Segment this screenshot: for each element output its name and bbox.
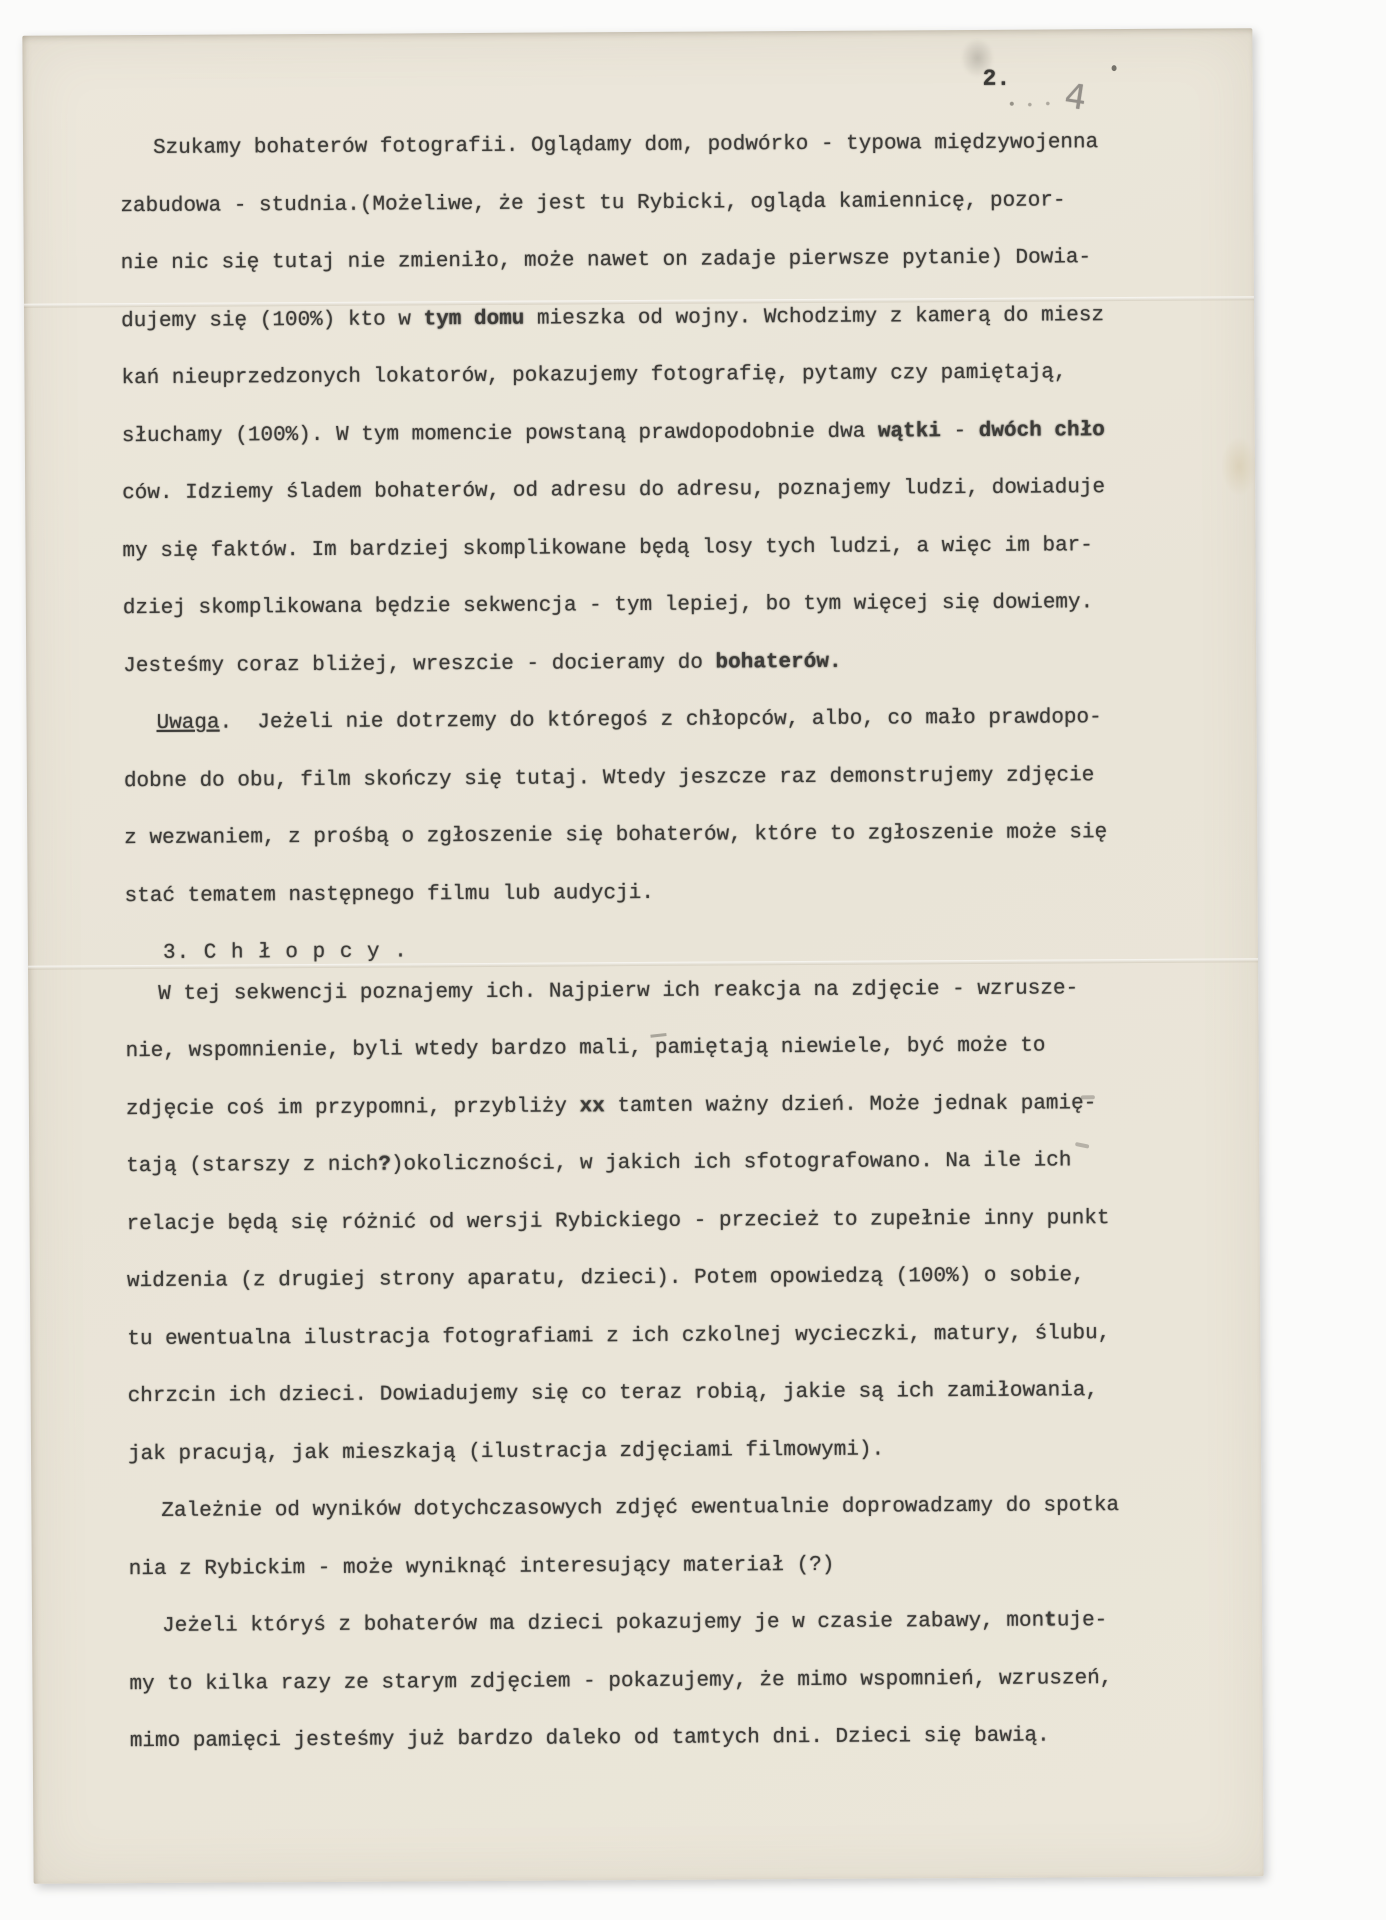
text-segment: dujemy się (100%) kto w [121,308,424,333]
text-segment: . Jeżeli nie dotrzemy do któregoś z chło… [220,706,1102,734]
text-line: dobne do obu, film skończy się tutaj. Wt… [124,747,1129,811]
text-line: Uwaga. Jeżeli nie dotrzemy do któregoś z… [123,689,1128,753]
overstruck-text: xx [580,1095,605,1118]
text-line: nie nic się tutaj nie zmieniło, może naw… [121,229,1126,293]
text-line: nia z Rybickim - może wyniknąć interesuj… [129,1535,1134,1599]
overstruck-text: tym domu [423,307,524,331]
text-segment: Jesteśmy coraz bliżej, wreszcie - docier… [123,651,715,678]
text-line: dujemy się (100%) kto w tym domu mieszka… [121,287,1126,351]
text-line: dziej skomplikowana będzie sekwencja - t… [123,574,1128,638]
text-segment: zdjęcie coś im przypomni, przybliży [126,1095,580,1121]
text-line: Jeżeli któryś z bohaterów ma dzieci poka… [129,1592,1134,1656]
text-line: z wezwaniem, z prośbą o zgłoszenie się b… [124,804,1129,868]
text-segment: tają (starszy z nich [126,1154,378,1179]
text-line: my się faktów. Im bardziej skomplikowane… [122,517,1127,581]
pencil-dots [1008,99,1068,107]
text-line: Zależnie od wyników dotychczasowych zdję… [128,1477,1133,1541]
text-line: my to kilka razy ze starym zdjęciem - po… [129,1650,1134,1714]
text-segment: tamten ważny dzień. Może jednak pamię- [605,1092,1097,1118]
note-uwaga: Uwaga. Jeżeli nie dotrzemy do któregoś z… [123,689,1129,925]
text-line: jak pracują, jak mieszkają (ilustracja z… [128,1420,1133,1484]
ink-speck [1112,65,1117,71]
scan-background: 2. 4 Szukamy bohaterów fotografii. Ogląd… [0,0,1386,1920]
overstruck-text: ? [378,1154,391,1177]
text-line: kań nieuprzedzonych lokatorów, pokazujem… [121,344,1126,408]
paragraph-chlopcy: W tej sekwencji poznajemy ich. Najpierw … [125,960,1133,1484]
text-line: Szukamy bohaterów fotografii. Oglądamy d… [120,114,1125,178]
text-line: W tej sekwencji poznajemy ich. Najpierw … [125,960,1130,1024]
text-line: nie, wspomnienie, byli wtedy bardzo mali… [125,1017,1130,1081]
text-line: tu ewentualna ilustracja fotografiami z … [127,1305,1132,1369]
text-segment: mieszka od wojny. Wchodzimy z kamerą do … [524,304,1104,331]
text-segment: uje- [1057,1609,1108,1632]
text-line: zabudowa - studnia.(Możeliwe, że jest tu… [120,172,1125,236]
underlined-word: Uwaga [157,712,220,735]
text-line: stać tematem następnego filmu lub audycj… [124,862,1129,926]
text-segment: Jeżeli któryś z bohaterów ma dzieci poka… [162,1610,1044,1638]
document-text: Szukamy bohaterów fotografii. Oglądamy d… [120,114,1135,1771]
overstruck-text: wątki [878,420,941,443]
text-line: ców. Idziemy śladem bohaterów, od adresu… [122,459,1127,523]
overstruck-text: bohaterów. [715,650,841,674]
paper-sheet: 2. 4 Szukamy bohaterów fotografii. Ogląd… [22,28,1263,1883]
text-segment: - [941,419,979,442]
text-segment: słuchamy (100%). W tym momencie powstaną… [122,420,878,448]
paragraph-dzieci: Jeżeli któryś z bohaterów ma dzieci poka… [129,1592,1135,1771]
overstruck-text: t [1044,1609,1057,1632]
text-line: mimo pamięci jesteśmy już bardzo daleko … [130,1707,1135,1771]
text-line: zdjęcie coś im przypomni, przybliży xx t… [126,1075,1131,1139]
text-line: Jesteśmy coraz bliżej, wreszcie - docier… [123,632,1128,696]
page-number: 2. [983,66,1011,92]
paragraph-rybicki-spotkanie: Zależnie od wyników dotychczasowych zdję… [128,1477,1134,1598]
handwritten-mark: 4 [1062,76,1089,119]
text-segment: )okoliczności, w jakich ich sfotografowa… [391,1149,1072,1176]
paper-stain [1221,436,1257,496]
text-line: słuchamy (100%). W tym momencie powstaną… [122,402,1127,466]
text-line: widzenia (z drugiej strony aparatu, dzie… [127,1247,1132,1311]
text-line: chrzcin ich dzieci. Dowiadujemy się co t… [128,1362,1133,1426]
text-line: relacje będą się różnić od wersji Rybick… [126,1190,1131,1254]
text-line: tają (starszy z nich?)okoliczności, w ja… [126,1132,1131,1196]
overstruck-text: dwóch chło [979,419,1105,443]
paragraph-intro: Szukamy bohaterów fotografii. Oglądamy d… [120,114,1128,695]
